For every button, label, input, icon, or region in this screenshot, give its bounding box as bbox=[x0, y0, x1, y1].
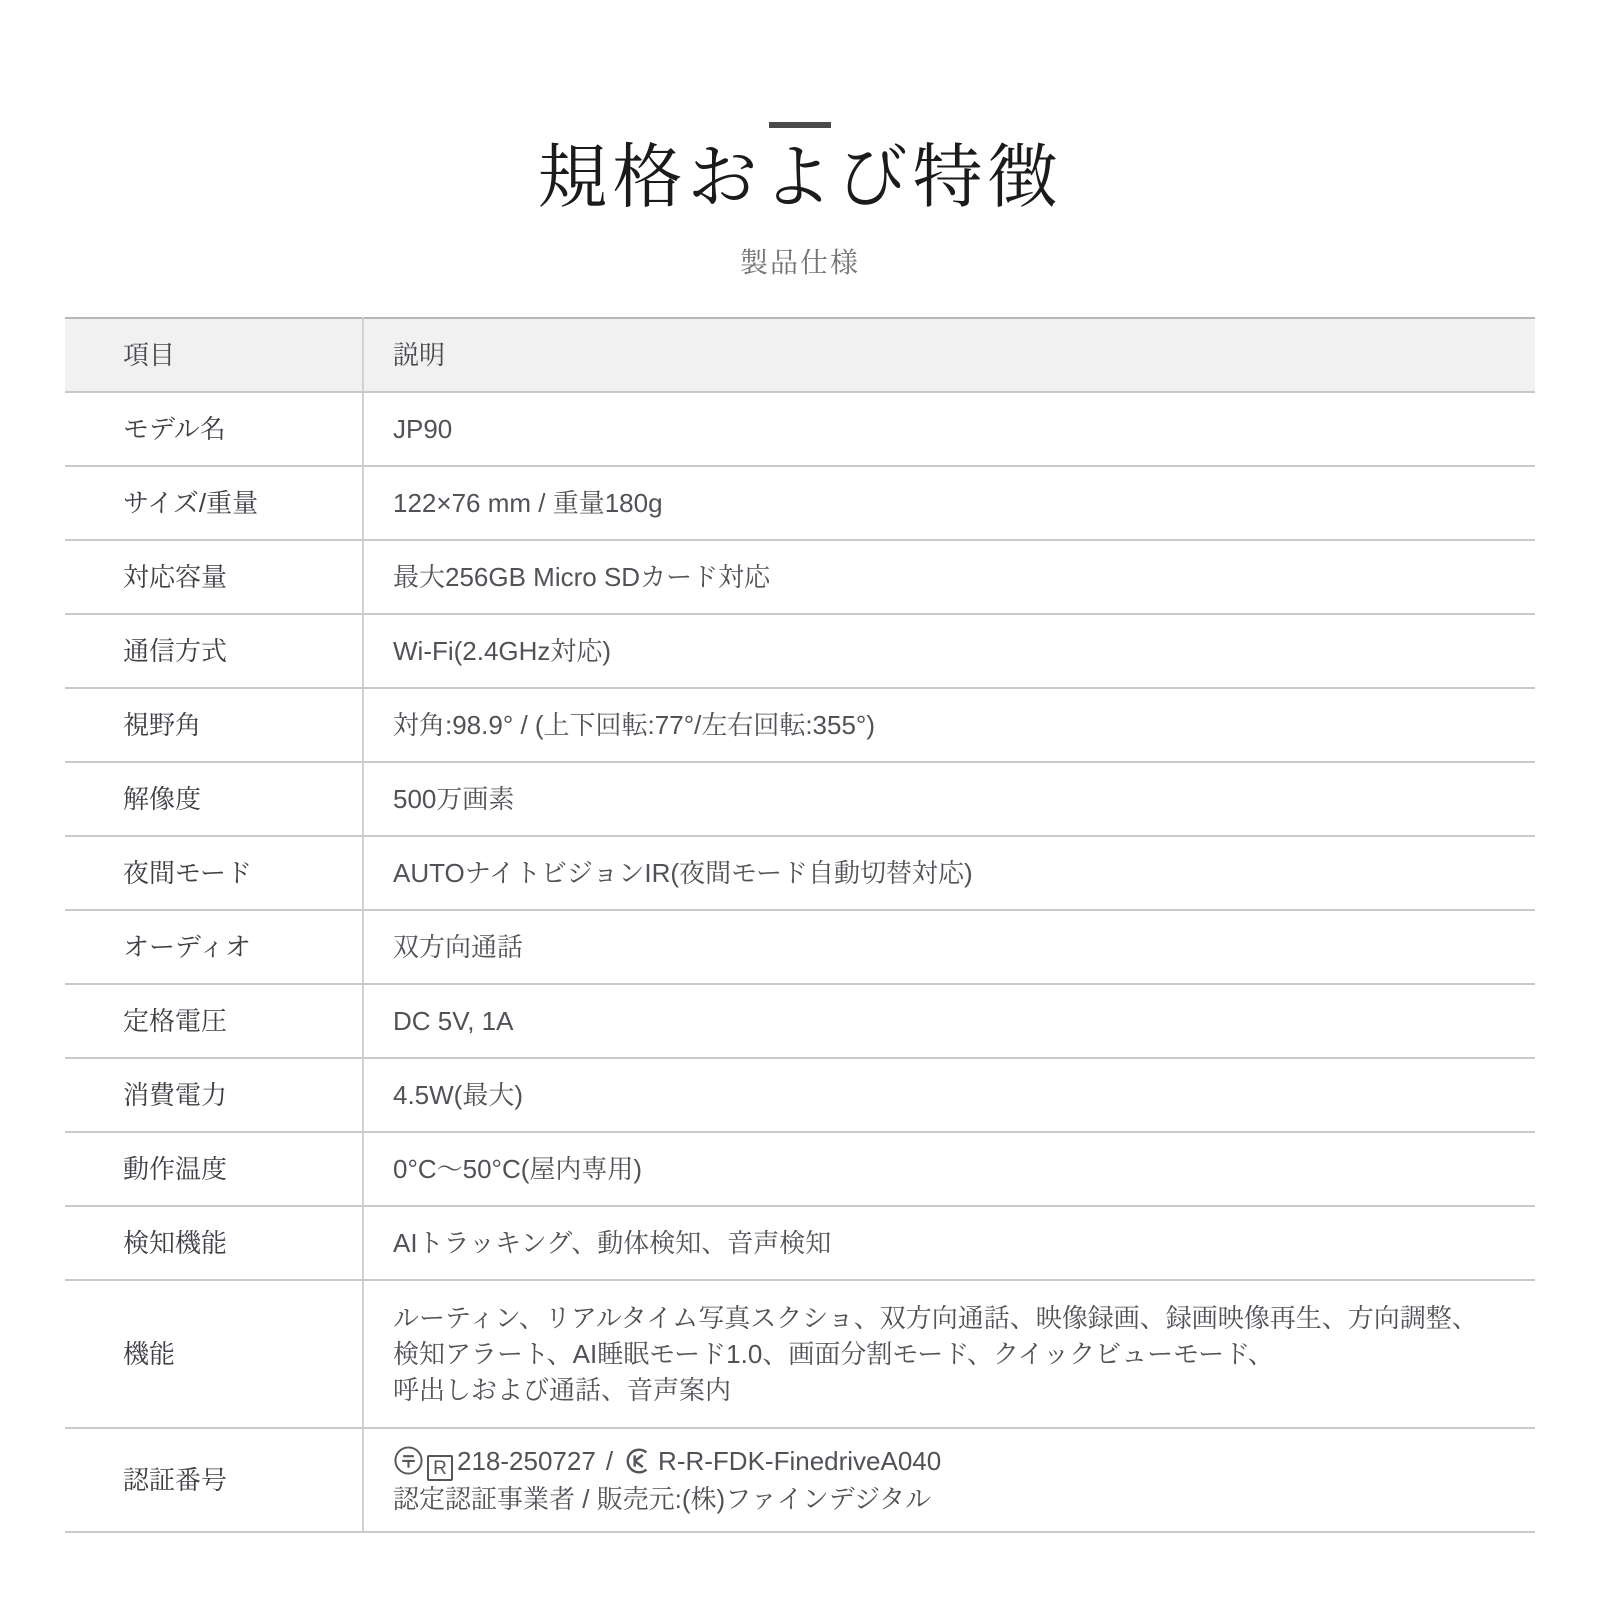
table-header-row: 項目 説明 bbox=[65, 318, 1535, 392]
spec-value: R218-250727/ R-R-FDK-FinedriveA040 認定認証事… bbox=[363, 1428, 1535, 1533]
spec-label: 対応容量 bbox=[65, 540, 363, 614]
table-row: 動作温度 0°C〜50°C(屋内専用) bbox=[65, 1132, 1535, 1206]
table-row-features: 機能 ルーティン、リアルタイム写真スクショ、双方向通話、映像録画、録画映像再生、… bbox=[65, 1280, 1535, 1428]
spec-value-line: ルーティン、リアルタイム写真スクショ、双方向通話、映像録画、録画映像再生、方向調… bbox=[393, 1300, 1523, 1336]
spec-table: 項目 説明 モデル名 JP90 サイズ/重量 122×76 mm / 重量180… bbox=[65, 317, 1535, 1534]
table-row: 視野角 対角:98.9° / (上下回転:77°/左右回転:355°) bbox=[65, 688, 1535, 762]
table-row: 夜間モード AUTOナイトビジョンIR(夜間モード自動切替対応) bbox=[65, 836, 1535, 910]
table-row: 定格電圧 DC 5V, 1A bbox=[65, 984, 1535, 1058]
spec-label: 動作温度 bbox=[65, 1132, 363, 1206]
spec-page: 規格および特徴 製品仕様 項目 説明 モデル名 JP90 サイズ/重量 122×… bbox=[0, 0, 1600, 1600]
spec-label: モデル名 bbox=[65, 392, 363, 466]
kc-mark-icon bbox=[623, 1446, 655, 1476]
table-row-certification: 認証番号 R218-250727/ R-R-FDK-FinedriveA040 … bbox=[65, 1428, 1535, 1533]
certification-vendor-line: 認定認証事業者 / 販売元:(株)ファインデジタル bbox=[393, 1481, 1523, 1517]
kc-certification-number: R-R-FDK-FinedriveA040 bbox=[658, 1446, 941, 1476]
spec-label: 解像度 bbox=[65, 762, 363, 836]
spec-label: 機能 bbox=[65, 1280, 363, 1428]
certification-number-line: R218-250727/ R-R-FDK-FinedriveA040 bbox=[393, 1443, 1523, 1482]
column-header-item: 項目 bbox=[65, 318, 363, 392]
spec-value-line: 検知アラート、AI睡眠モード1.0、画面分割モード、クイックビューモード、 bbox=[393, 1336, 1523, 1372]
spec-label: 視野角 bbox=[65, 688, 363, 762]
column-header-description: 説明 bbox=[363, 318, 1535, 392]
spec-label: 定格電圧 bbox=[65, 984, 363, 1058]
spec-value: 最大256GB Micro SDカード対応 bbox=[363, 540, 1535, 614]
spec-value: 0°C〜50°C(屋内専用) bbox=[363, 1132, 1535, 1206]
table-row: 検知機能 AIトラッキング、動体検知、音声検知 bbox=[65, 1206, 1535, 1280]
page-title: 規格および特徴 bbox=[0, 142, 1600, 212]
r-mark-icon: R bbox=[427, 1455, 453, 1481]
spec-label: 通信方式 bbox=[65, 614, 363, 688]
spec-label: サイズ/重量 bbox=[65, 466, 363, 540]
spec-value: AUTOナイトビジョンIR(夜間モード自動切替対応) bbox=[363, 836, 1535, 910]
giteki-mark-icon bbox=[393, 1445, 424, 1476]
spec-label: 認証番号 bbox=[65, 1428, 363, 1533]
spec-value: ルーティン、リアルタイム写真スクショ、双方向通話、映像録画、録画映像再生、方向調… bbox=[363, 1280, 1535, 1428]
spec-value: 4.5W(最大) bbox=[363, 1058, 1535, 1132]
spec-label: 夜間モード bbox=[65, 836, 363, 910]
table-row: 対応容量 最大256GB Micro SDカード対応 bbox=[65, 540, 1535, 614]
title-accent-bar bbox=[769, 122, 831, 128]
spec-value: JP90 bbox=[363, 392, 1535, 466]
spec-value: 対角:98.9° / (上下回転:77°/左右回転:355°) bbox=[363, 688, 1535, 762]
spec-value: 500万画素 bbox=[363, 762, 1535, 836]
table-row: 解像度 500万画素 bbox=[65, 762, 1535, 836]
table-row: モデル名 JP90 bbox=[65, 392, 1535, 466]
page-subtitle: 製品仕様 bbox=[0, 246, 1600, 280]
spec-label: 検知機能 bbox=[65, 1206, 363, 1280]
spec-value-line: 呼出しおよび通話、音声案内 bbox=[393, 1372, 1523, 1408]
spec-label: オーディオ bbox=[65, 910, 363, 984]
table-row: オーディオ 双方向通話 bbox=[65, 910, 1535, 984]
spec-value: 122×76 mm / 重量180g bbox=[363, 466, 1535, 540]
spec-value: 双方向通話 bbox=[363, 910, 1535, 984]
table-row: 消費電力 4.5W(最大) bbox=[65, 1058, 1535, 1132]
spec-value: DC 5V, 1A bbox=[363, 984, 1535, 1058]
table-row: サイズ/重量 122×76 mm / 重量180g bbox=[65, 466, 1535, 540]
spec-value: AIトラッキング、動体検知、音声検知 bbox=[363, 1206, 1535, 1280]
certification-separator: / bbox=[606, 1446, 613, 1476]
giteki-certification-number: 218-250727 bbox=[457, 1446, 596, 1476]
table-row: 通信方式 Wi-Fi(2.4GHz対応) bbox=[65, 614, 1535, 688]
spec-value: Wi-Fi(2.4GHz対応) bbox=[363, 614, 1535, 688]
spec-label: 消費電力 bbox=[65, 1058, 363, 1132]
